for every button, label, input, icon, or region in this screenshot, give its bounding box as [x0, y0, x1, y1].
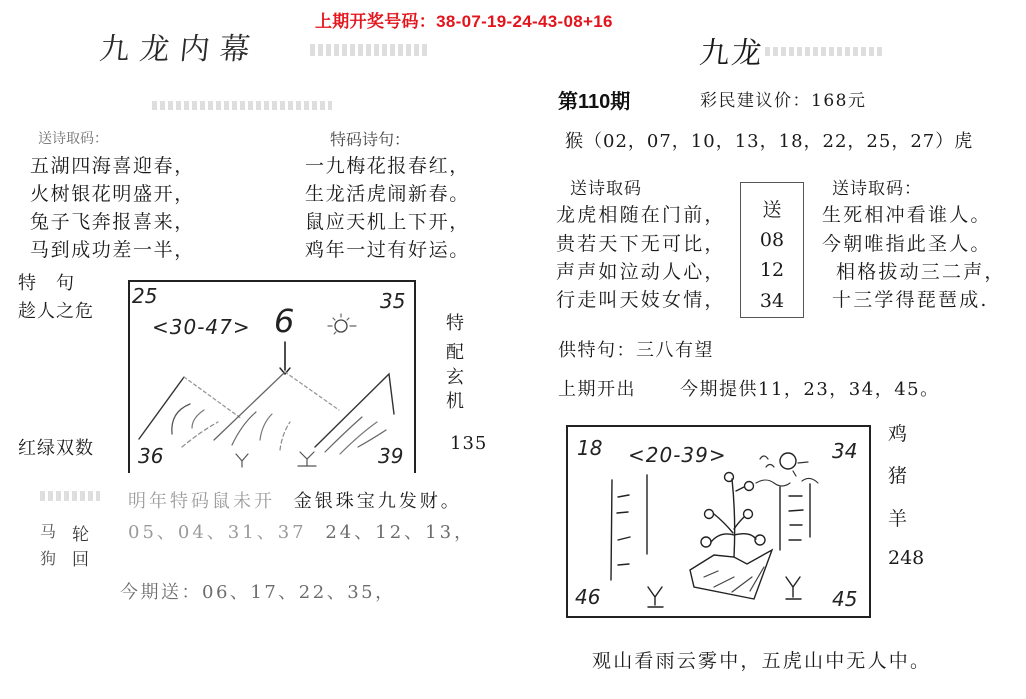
side-label-char: 特 [446, 309, 465, 335]
gift-number-box: 送 08 12 34 [740, 182, 804, 318]
corner-top-left-number: 18 [577, 436, 602, 460]
poem-left-line: 龙虎相随在门前， [556, 204, 726, 226]
special-phrase: 趁人之危 [18, 297, 94, 323]
right-title: 九龙 [698, 28, 767, 72]
poem-left-line: 声声如泣动人心， [556, 261, 726, 283]
poem-left-line: 贵若天下无可比， [556, 233, 726, 255]
zodiac-side-char: 鸡 [888, 419, 907, 446]
faded-url-line [152, 101, 332, 110]
poem-right-line: 相格拔动三二声， [836, 261, 1006, 283]
zodiac-number-line: 猴（02，07，10，13，18，22，25，27）虎 [565, 127, 973, 153]
prediction-numbers-faded: 05、04、31、37 [128, 522, 307, 543]
left-title: 九龙内幕 [98, 24, 263, 68]
poem-right-line: 十三学得琵琶成. [832, 289, 989, 311]
last-draw-label: 上期开奖号码： [315, 12, 436, 31]
poem-left-line: 马到成功差一半， [30, 239, 195, 261]
zodiac-side-char: 猪 [888, 461, 907, 488]
center-number: 6 [274, 302, 294, 340]
left-figure-box: 25 35 <30-47> 6 36 39 [128, 280, 416, 473]
color-hint: 红绿双数 [18, 434, 94, 460]
poem-left-line: 五湖四海喜迎春， [30, 155, 195, 177]
prediction-numbers: 05、04、31、37 24、12、13， [128, 518, 475, 544]
prediction-line-1: 明年特码鼠未开 金银珠宝九发财。 [128, 487, 462, 513]
prediction-numbers-text: 24、12、13， [325, 522, 475, 543]
last-period-label: 上期开出 [558, 375, 636, 401]
gift-number: 12 [741, 259, 803, 281]
poem-right-line: 一九梅花报春红， [305, 155, 470, 177]
poem-left-line: 兔子飞奔报喜来， [30, 211, 195, 233]
gift-label: 送 [741, 195, 803, 222]
side-label-char: 机 [446, 387, 465, 413]
faded-zodiac-header [40, 491, 100, 501]
cycle-char: 轮 [72, 520, 89, 545]
poem-left-line: 火树银花明盛开， [30, 183, 195, 205]
side-number: 248 [888, 547, 924, 569]
zodiac-char: 狗 [40, 546, 56, 569]
issue-number: 第110期 [558, 85, 630, 114]
side-number: 135 [450, 433, 487, 454]
poem-right-line: 生死相冲看谁人。 [822, 204, 992, 226]
corner-bottom-right-number: 45 [832, 587, 857, 611]
prediction-line-1-faded: 明年特码鼠未开 [128, 491, 275, 512]
poem-right-line: 鼠应天机上下开， [305, 211, 470, 233]
gift-number: 08 [741, 229, 803, 251]
poem-header-right: 特码诗句： [330, 127, 410, 150]
last-draw-banner: 上期开奖号码：38-07-19-24-43-08+16 [315, 7, 613, 32]
poem-right-line: 鸡年一过有好运。 [305, 239, 470, 261]
poem-right-line: 生龙活虎闹新春。 [305, 183, 470, 205]
poem-header-left: 送诗取码 [570, 174, 642, 199]
right-figure-box: 18 <20-39> 34 46 45 [566, 425, 871, 618]
suggested-price: 彩民建议价：168元 [700, 86, 866, 111]
cycle-char: 回 [72, 545, 89, 570]
poem-header-right: 送诗取码： [832, 174, 922, 199]
range-label: <20-39> [628, 443, 727, 467]
last-draw-numbers: 38-07-19-24-43-08+16 [436, 12, 613, 31]
range-label: <30-47> [152, 315, 251, 339]
footer-poem: 观山看雨云雾中，五虎山中无人中。 [592, 646, 931, 673]
zodiac-side-char: 羊 [888, 504, 907, 531]
corner-top-left-number: 25 [132, 284, 157, 308]
poem-right-line: 今朝唯指此圣人。 [822, 233, 992, 255]
corner-bottom-right-number: 39 [378, 444, 403, 468]
faded-subtitle [310, 44, 428, 56]
corner-top-right-number: 35 [380, 289, 405, 313]
corner-bottom-left-number: 46 [575, 585, 600, 609]
this-period-numbers: 今期送：06、17、22、35， [120, 578, 396, 604]
special-phrase: 供特句：三八有望 [558, 336, 714, 362]
corner-top-right-number: 34 [832, 439, 857, 463]
prediction-line-1-text: 金银珠宝九发财。 [294, 491, 462, 512]
special-phrase-label: 特 句 [18, 269, 75, 295]
side-label-char: 玄 [446, 363, 465, 389]
gift-number: 34 [741, 290, 803, 312]
poem-left-line: 行走叫天妓女情， [556, 289, 726, 311]
this-period-numbers: 今期提供11，23，34，45。 [680, 375, 940, 401]
side-label-char: 配 [446, 338, 465, 364]
corner-bottom-left-number: 36 [138, 444, 163, 468]
poem-header-left: 送诗取码： [38, 128, 108, 148]
faded-title-suffix [765, 47, 885, 56]
zodiac-char: 马 [40, 519, 56, 542]
